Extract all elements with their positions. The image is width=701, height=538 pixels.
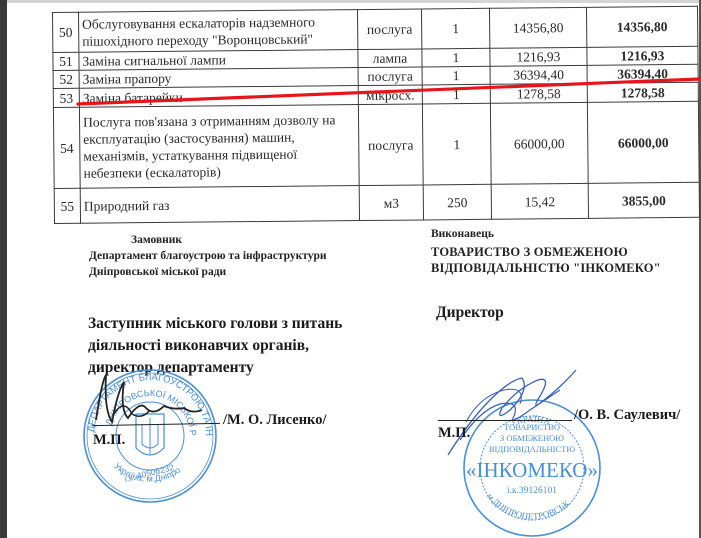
customer-signature [84, 370, 224, 440]
contractor-signer-name: /О. В. Саулевич/ [574, 407, 680, 424]
customer-position-line1: Заступник міського голови з питань [88, 314, 342, 334]
contractor-signature-line [438, 420, 572, 421]
contractor-position: Директор [436, 303, 504, 323]
customer-org-line1: Департамент благоустрою та інфраструктур… [89, 250, 327, 262]
customer-org-line2: Дніпровської міської ради [89, 266, 226, 278]
contractor-org-line1: ТОВАРИСТВО З ОБМЕЖЕНОЮ [431, 244, 628, 260]
customer-signer-name: /М. О. Лисенко/ [223, 412, 327, 429]
svg-text:і.к.39126101: і.к.39126101 [507, 486, 557, 496]
contractor-signature [440, 360, 590, 460]
contractor-mp: М.П. [438, 425, 470, 442]
customer-label: Замовник [131, 234, 182, 246]
contractor-org-line2: ВІДПОВІДАЛЬНІСТЮ "ІНКОМЕКО" [431, 260, 661, 276]
customer-mp: М.П. [93, 432, 125, 449]
contractor-label: Виконавець [431, 228, 494, 240]
svg-text:«ІНКОМЕКО»: «ІНКОМЕКО» [466, 458, 598, 482]
customer-position-line2: діяльності виконавчих органів, [88, 336, 309, 356]
